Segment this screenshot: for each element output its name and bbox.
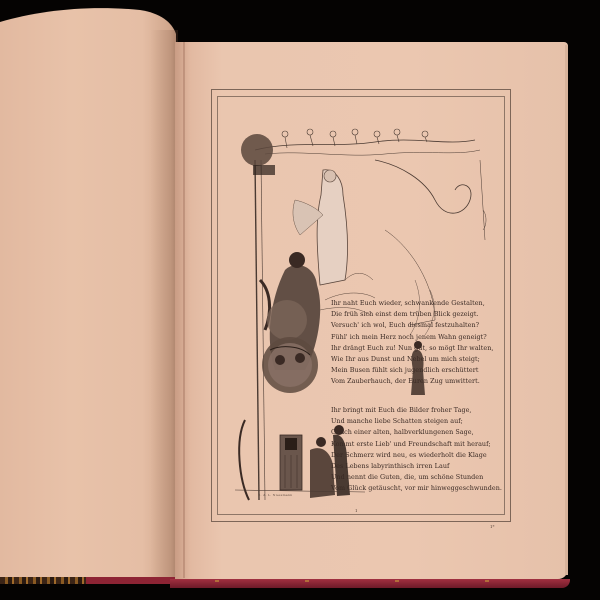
poem-line: Mein Busen fühlt sich jugendlich erschüt… — [331, 365, 511, 376]
poem-line: Des Lebens labyrinthisch irren Lauf — [331, 461, 511, 472]
right-page-edge — [565, 45, 568, 575]
poem-line: Ihr bringt mit Euch die Bilder froher Ta… — [331, 405, 511, 416]
binding-red-cover-left — [86, 576, 176, 584]
poem-line: Fühl' ich mein Herz noch jenem Wahn gene… — [331, 332, 511, 343]
poem-line: Wie Ihr aus Dunst und Nebel um mich stei… — [331, 354, 511, 365]
poem-line: Ihr drängt Euch zu! Nun gut, so mögt Ihr… — [331, 343, 511, 354]
poem-line: Kommt erste Lieb' und Freundschaft mit h… — [331, 439, 511, 450]
poem-stanza-2: Ihr bringt mit Euch die Bilder froher Ta… — [331, 405, 511, 495]
left-page-gutter-shadow — [150, 30, 178, 577]
poem-line: Und manche liebe Schatten steigen auf; — [331, 416, 511, 427]
engraver-signature: E. A. L. Niessmann — [258, 493, 292, 497]
poem-line: Der Schmerz wird neu, es wiederholt die … — [331, 450, 511, 461]
poem-line: Ihr naht Euch wieder, schwankende Gestal… — [331, 298, 511, 309]
photo-scene: E. A. L. Niessmann Ihr naht Euch wieder,… — [0, 0, 600, 600]
poem-text: Ihr naht Euch wieder, schwankende Gestal… — [331, 298, 511, 388]
poem-line: Gleich einer alten, halbverklungenen Sag… — [331, 427, 511, 438]
binding-marbled-edge — [0, 576, 86, 584]
poem-stanza-1: Ihr naht Euch wieder, schwankende Gestal… — [331, 298, 511, 388]
poem-line: Und nennt die Guten, die, um schöne Stun… — [331, 472, 511, 483]
signature-mark: 1* — [490, 524, 495, 529]
poem-line: Die früh sich einst dem trüben Blick gez… — [331, 309, 511, 320]
poem-line: Vom Zauberhauch, der Euren Zug umwittert… — [331, 376, 511, 387]
page-number: 1 — [355, 508, 358, 513]
poem-line: Vom Glück getäuscht, vor mir hinweggesch… — [331, 483, 511, 494]
binding-gilt-tooling — [175, 580, 565, 582]
book-gutter — [183, 42, 185, 578]
poem-line: Versuch' ich wol, Euch diesmal festzuhal… — [331, 320, 511, 331]
